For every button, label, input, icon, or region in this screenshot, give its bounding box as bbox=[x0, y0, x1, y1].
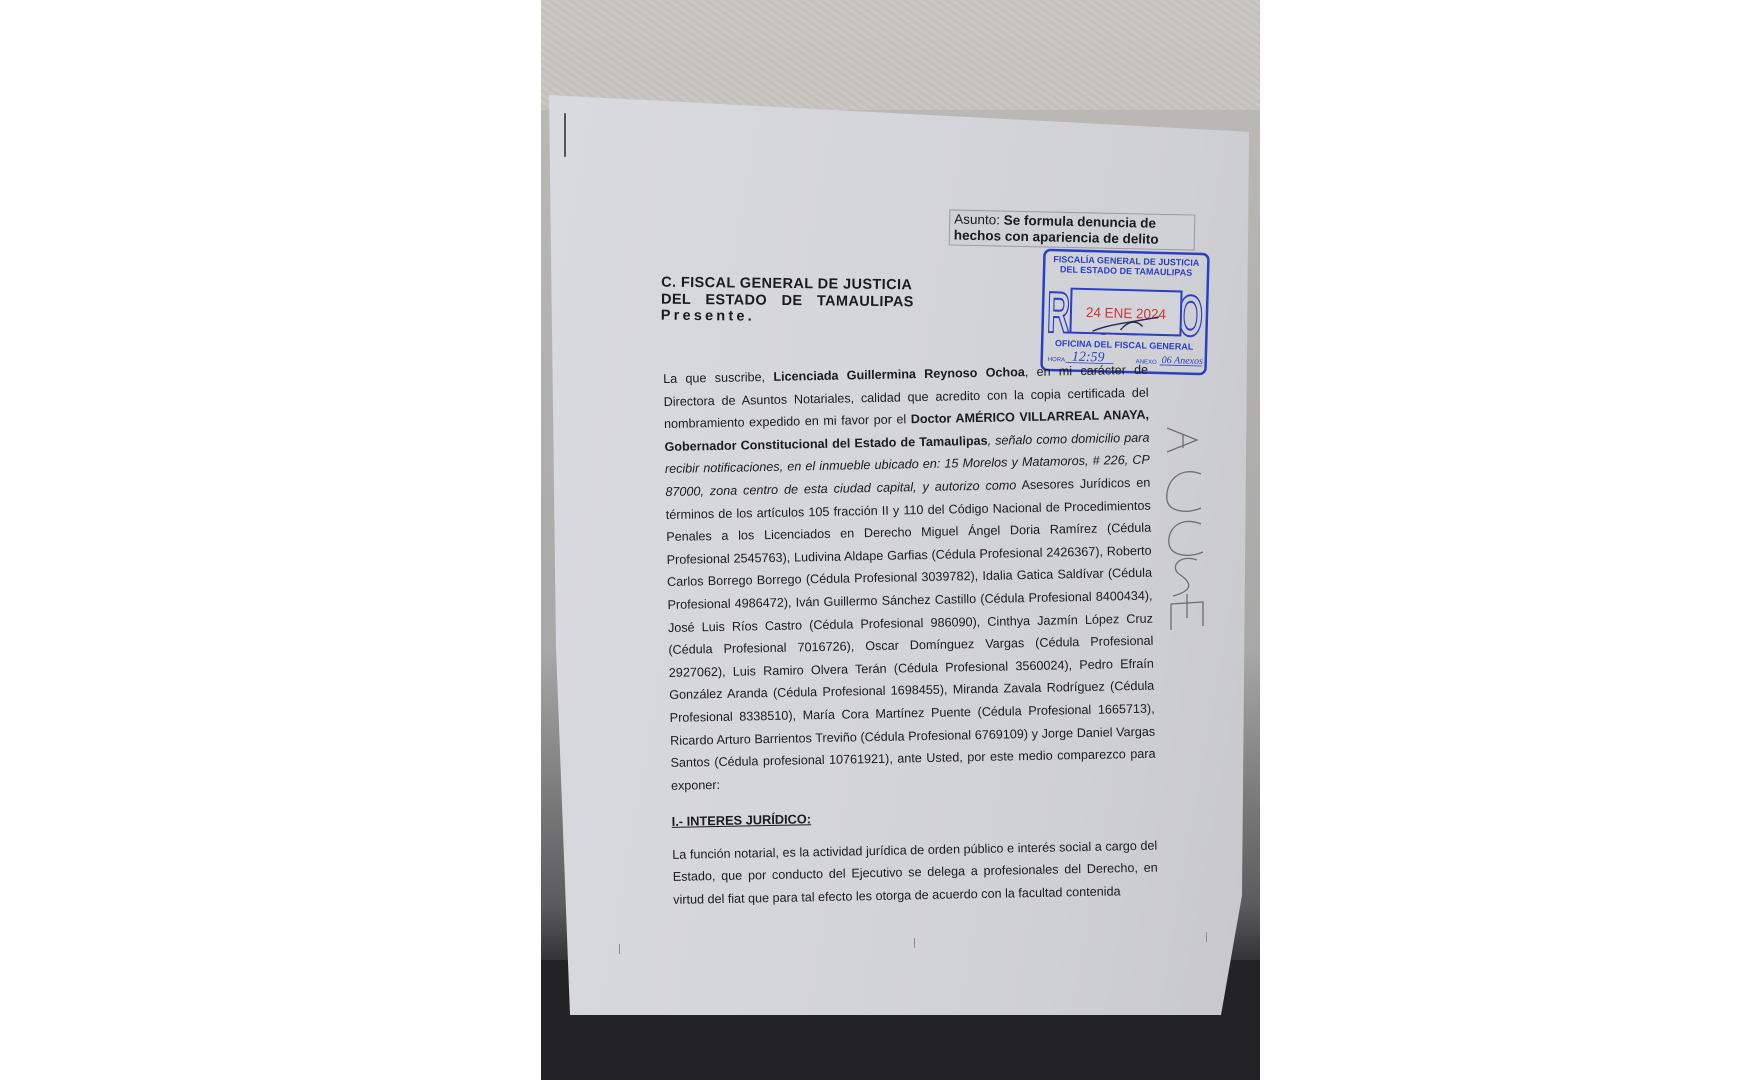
addressee-line-1: C. FISCAL GENERAL DE JUSTICIA bbox=[661, 275, 914, 294]
subject-box: Asunto: Se formula denuncia de hechos co… bbox=[949, 209, 1196, 250]
document-body: La que suscribe, Licenciada Guillermina … bbox=[663, 359, 1158, 912]
fold-mark bbox=[914, 938, 915, 948]
received-stamp: FISCALÍA GENERAL DE JUSTICIA DEL ESTADO … bbox=[1039, 248, 1210, 376]
fold-mark bbox=[1206, 932, 1207, 942]
document-content: Asunto: Se formula denuncia de hechos co… bbox=[541, 0, 1260, 1080]
second-paragraph: La función notarial, es la actividad jur… bbox=[672, 834, 1158, 911]
addressee-block: C. FISCAL GENERAL DE JUSTICIA DEL ESTADO… bbox=[661, 275, 914, 327]
opening-paragraph: La que suscribe, Licenciada Guillermina … bbox=[663, 359, 1156, 798]
document-photo: Asunto: Se formula denuncia de hechos co… bbox=[541, 0, 1260, 1080]
section-heading: I.- INTERES JURÍDICO: bbox=[672, 802, 1157, 834]
text-span: La que suscribe, bbox=[663, 370, 773, 386]
svg-text:24 ENE 2024: 24 ENE 2024 bbox=[1086, 304, 1167, 322]
subject-label: Asunto: bbox=[954, 212, 1000, 228]
signer-name: Licenciada Guillermina Reynoso Ochoa bbox=[773, 365, 1025, 384]
addressee-line-3: Presente. bbox=[661, 308, 914, 327]
handwritten-acuse-note: ACUSE bbox=[1161, 410, 1211, 630]
stamp-graphic: FISCALÍA GENERAL DE JUSTICIA DEL ESTADO … bbox=[1039, 248, 1210, 376]
text-span: Asesores Jurídicos en términos de los ar… bbox=[666, 476, 1156, 793]
fold-mark bbox=[619, 944, 620, 954]
svg-text:06 Anexos: 06 Anexos bbox=[1162, 355, 1204, 367]
svg-text:DEL ESTADO DE TAMAULIPAS: DEL ESTADO DE TAMAULIPAS bbox=[1060, 264, 1193, 277]
